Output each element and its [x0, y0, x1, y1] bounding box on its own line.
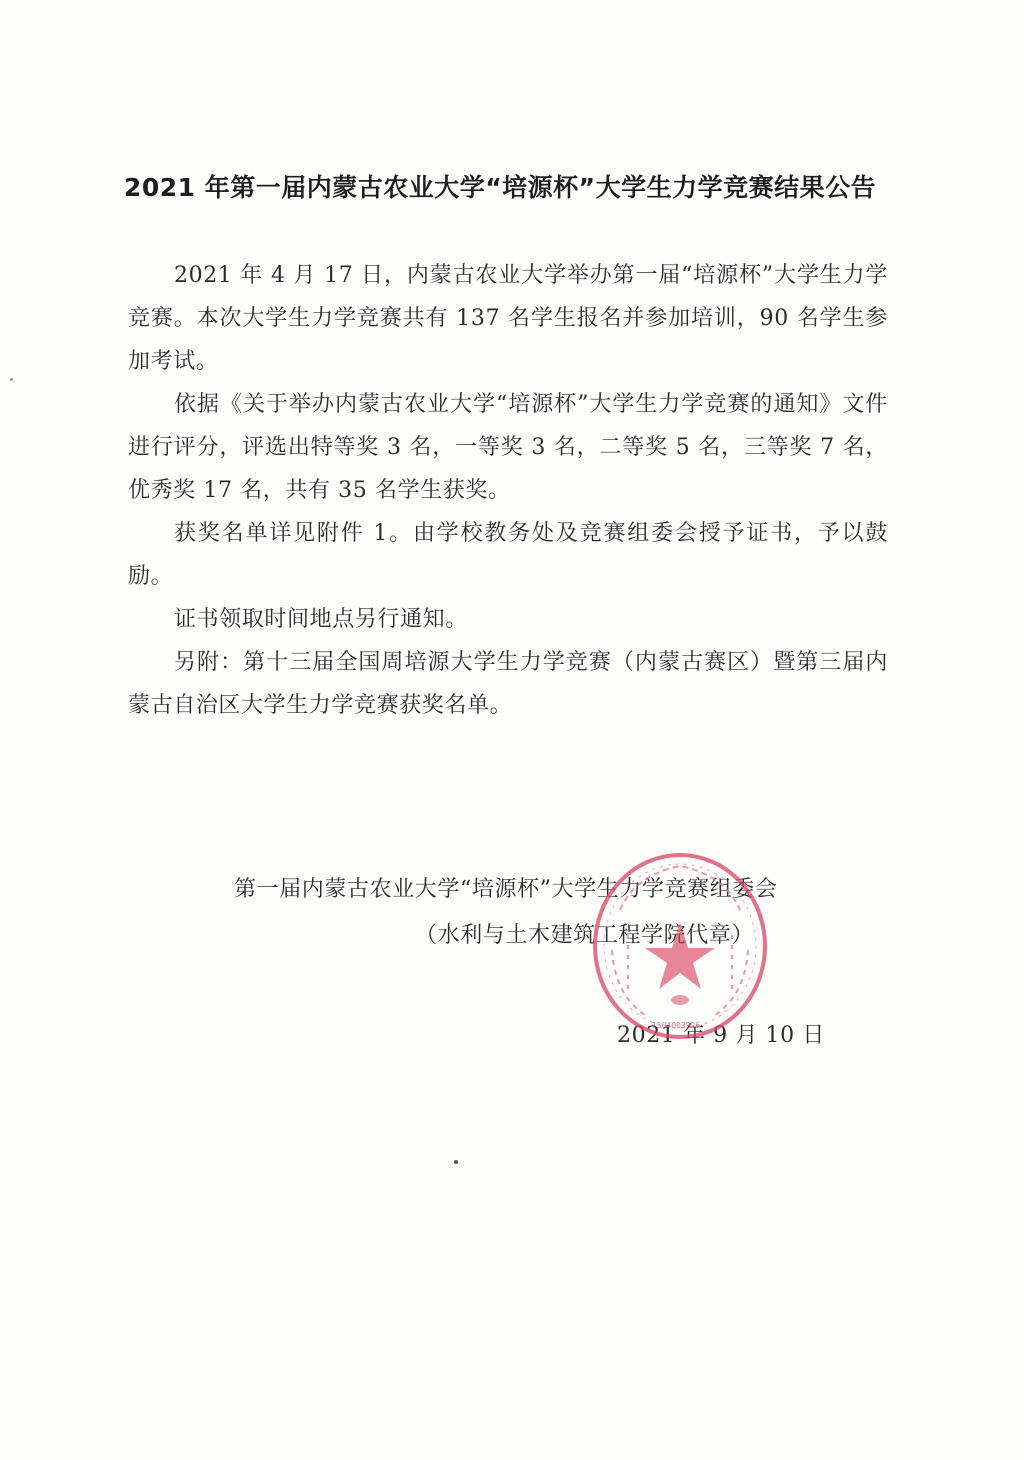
- paragraph-attachment-note: 另附：第十三届全国周培源大学生力学竞赛（内蒙古赛区）暨第三届内蒙古自治区大学生力…: [128, 641, 888, 727]
- scan-speck: [454, 1160, 458, 1164]
- scan-speck: [10, 378, 13, 381]
- document-page: 2021 年第一届内蒙古农业大学“培源杯”大学生力学竞赛结果公告 2021 年 …: [0, 0, 1024, 1460]
- document-body: 2021 年 4 月 17 日，内蒙古农业大学举办第一届“培源杯”大学生力学竞赛…: [128, 254, 888, 727]
- signature-organization: 第一届内蒙古农业大学“培源杯”大学生力学竞赛组委会: [234, 872, 778, 903]
- paragraph-certificate-notice: 证书领取时间地点另行通知。: [128, 598, 888, 641]
- paragraph-award-results: 依据《关于举办内蒙古农业大学“培源杯”大学生力学竞赛的通知》文件进行评分，评选出…: [128, 383, 888, 512]
- signature-seal-note: （水利与土木建筑工程学院代章）: [415, 918, 754, 949]
- paragraph-winner-list-note: 获奖名单详见附件 1。由学校教务处及竞赛组委会授予证书，予以鼓励。: [128, 512, 888, 598]
- paragraph-competition-intro: 2021 年 4 月 17 日，内蒙古农业大学举办第一届“培源杯”大学生力学竞赛…: [128, 254, 888, 383]
- signature-date: 2021 年 9 月 10 日: [617, 1018, 825, 1049]
- document-title: 2021 年第一届内蒙古农业大学“培源杯”大学生力学竞赛结果公告: [0, 168, 1000, 204]
